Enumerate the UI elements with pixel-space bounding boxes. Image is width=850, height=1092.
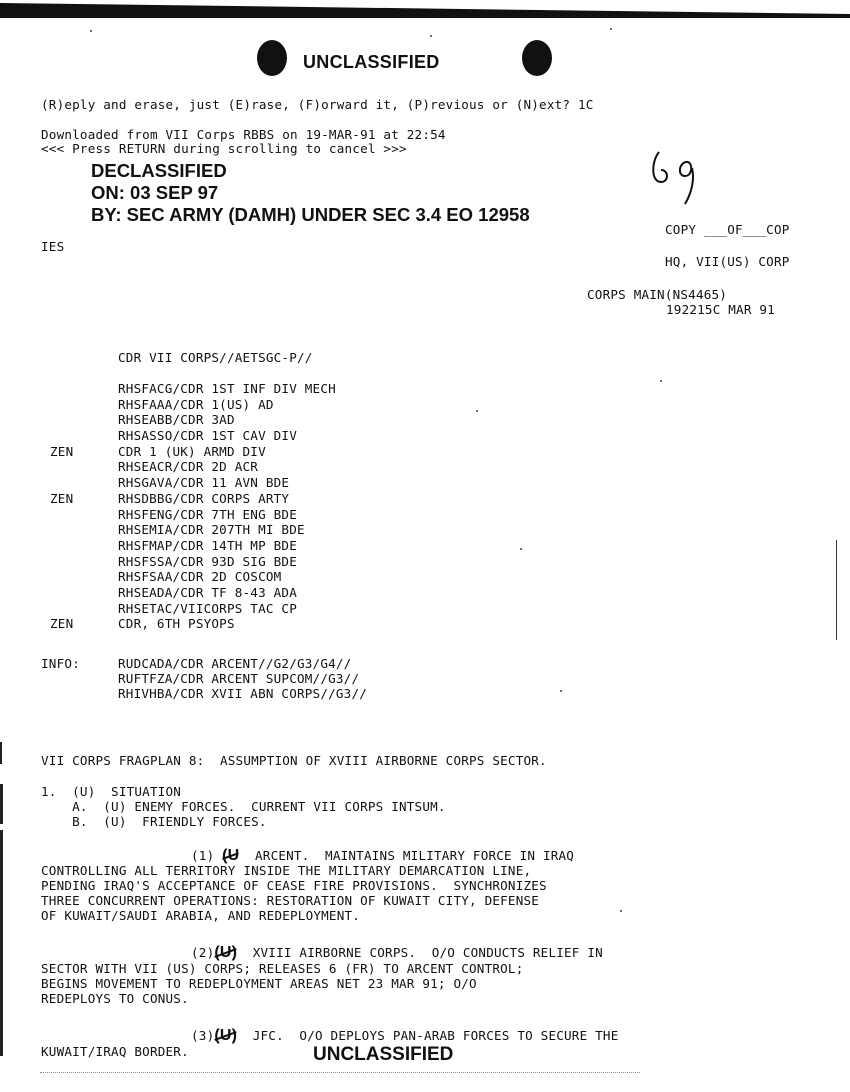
addressee-row: RHSEACR/CDR 2D ACR [0, 459, 600, 475]
sub-2-heading: XVIII AIRBORNE CORPS. O/O CONDUCTS RELIE… [237, 945, 603, 960]
routing-indicator: ZEN [50, 491, 73, 506]
scan-noise [660, 380, 662, 382]
routing-indicator: ZEN [50, 616, 73, 631]
addressee-row: RHSEMIA/CDR 207TH MI BDE [0, 522, 600, 538]
sub-1-first-line: (1) (U ARCENT. MAINTAINS MILITARY FORCE … [191, 848, 574, 863]
addressee-text: RHSFSAA/CDR 2D COSCOM [118, 569, 281, 584]
addressee-row: RHSFAAA/CDR 1(US) AD [0, 397, 600, 413]
sub-3-number: (3) [191, 1028, 214, 1043]
addressee-text: CDR, 6TH PSYOPS [118, 616, 235, 631]
punch-hole-right [522, 40, 552, 76]
scan-edge-mark [0, 830, 3, 1056]
info-addressee: RHIVHBA/CDR XVII ABN CORPS//G3// [118, 686, 367, 701]
sub-1-classification-mark: (U [222, 848, 239, 863]
sub-3-first-line: (3)(U) JFC. O/O DEPLOYS PAN-ARAB FORCES … [191, 1028, 619, 1043]
addressee-row: ZENCDR 1 (UK) ARMD DIV [0, 444, 600, 460]
copy-line: COPY ___OF___COP [665, 222, 790, 237]
addressee-row: RHSFSAA/CDR 2D COSCOM [0, 569, 600, 585]
addressee-row: RHSETAC/VIICORPS TAC CP [0, 601, 600, 617]
corps-main: CORPS MAIN(NS4465) [587, 287, 727, 302]
sub-2-first-line: (2)(U) XVIII AIRBORNE CORPS. O/O CONDUCT… [191, 945, 603, 960]
scan-noise [560, 690, 562, 692]
scan-noise [476, 410, 478, 412]
addressee-row: RHSFENG/CDR 7TH ENG BDE [0, 507, 600, 523]
addressee-text: RHSEADA/CDR TF 8-43 ADA [118, 585, 297, 600]
handwritten-mark [647, 140, 717, 214]
info-label: INFO: [41, 656, 80, 671]
addressee-row: RHSGAVA/CDR 11 AVN BDE [0, 475, 600, 491]
addressee-text: RHSFACG/CDR 1ST INF DIV MECH [118, 381, 336, 396]
sub-3-classification-mark: (U) [214, 1028, 237, 1043]
scan-noise [90, 30, 92, 32]
sub-2-number: (2) [191, 945, 214, 960]
scan-edge-mark-right [836, 540, 837, 640]
addressee-row: RHSFACG/CDR 1ST INF DIV MECH [0, 381, 600, 397]
date-time-group: 192215C MAR 91 [666, 302, 775, 317]
classification-top: UNCLASSIFIED [303, 52, 440, 73]
addressee-text: RHSFSSA/CDR 93D SIG BDE [118, 554, 297, 569]
subject-line: VII CORPS FRAGPLAN 8: ASSUMPTION OF XVII… [41, 753, 547, 768]
declassified-label: DECLASSIFIED [91, 160, 530, 182]
sub-1-number: (1) [191, 848, 214, 863]
addressee-text: RHSETAC/VIICORPS TAC CP [118, 601, 297, 616]
declassified-stamp: DECLASSIFIED ON: 03 SEP 97 BY: SEC ARMY … [91, 160, 530, 226]
addressee-text: CDR 1 (UK) ARMD DIV [118, 444, 266, 459]
declassified-date: ON: 03 SEP 97 [91, 182, 530, 204]
cancel-hint: <<< Press RETURN during scrolling to can… [41, 141, 407, 156]
para-1a-enemy-forces: A. (U) ENEMY FORCES. CURRENT VII CORPS I… [41, 799, 446, 814]
to-addressee-list: RHSFACG/CDR 1ST INF DIV MECH RHSFAAA/CDR… [0, 381, 600, 632]
addressee-text: RHSEACR/CDR 2D ACR [118, 459, 258, 474]
declassified-authority: BY: SEC ARMY (DAMH) UNDER SEC 3.4 EO 129… [91, 204, 530, 226]
addressee-text: RHSEABB/CDR 3AD [118, 412, 235, 427]
classification-bottom: UNCLASSIFIED [313, 1044, 453, 1066]
para-1-situation: 1. (U) SITUATION [41, 784, 181, 799]
sub-2-classification-mark: (U) [214, 945, 237, 960]
addressee-row: ZENRHSDBBG/CDR CORPS ARTY [0, 491, 600, 507]
scan-noise [430, 35, 432, 37]
addressee-text: RHSFAAA/CDR 1(US) AD [118, 397, 274, 412]
bbs-prompt: (R)eply and erase, just (E)rase, (F)orwa… [41, 97, 594, 112]
addressee-row: RHSEABB/CDR 3AD [0, 412, 600, 428]
punch-hole-left [257, 40, 287, 76]
scan-edge-mark [0, 784, 3, 824]
sub-3-heading: JFC. O/O DEPLOYS PAN-ARAB FORCES TO SECU… [237, 1028, 618, 1043]
sub-1-body: CONTROLLING ALL TERRITORY INSIDE THE MIL… [41, 863, 547, 923]
info-addressee: RUDCADA/CDR ARCENT//G2/G3/G4// [118, 656, 367, 671]
sub-1-heading: ARCENT. MAINTAINS MILITARY FORCE IN IRAQ [239, 848, 574, 863]
hq-line: HQ, VII(US) CORP [665, 254, 790, 269]
download-line: Downloaded from VII Corps RBBS on 19-MAR… [41, 127, 446, 142]
addressee-row: RHSFSSA/CDR 93D SIG BDE [0, 554, 600, 570]
info-addressee: RUFTFZA/CDR ARCENT SUPCOM//G3// [118, 671, 367, 686]
ies-fragment: IES [41, 239, 64, 254]
addressee-text: RHSEMIA/CDR 207TH MI BDE [118, 522, 305, 537]
addressee-text: RHSFMAP/CDR 14TH MP BDE [118, 538, 297, 553]
addressee-text: RHSASSO/CDR 1ST CAV DIV [118, 428, 297, 443]
scan-edge-mark [0, 742, 2, 764]
routing-indicator: ZEN [50, 444, 73, 459]
addressee-row: RHSFMAP/CDR 14TH MP BDE [0, 538, 600, 554]
info-addressee-list: RUDCADA/CDR ARCENT//G2/G3/G4// RUFTFZA/C… [118, 656, 367, 701]
addressee-text: RHSGAVA/CDR 11 AVN BDE [118, 475, 289, 490]
from-line: CDR VII CORPS//AETSGC-P// [118, 350, 313, 365]
scan-noise [620, 910, 622, 912]
para-1b-friendly-forces: B. (U) FRIENDLY FORCES. [41, 814, 267, 829]
addressee-row: RHSEADA/CDR TF 8-43 ADA [0, 585, 600, 601]
sub-3-body: KUWAIT/IRAQ BORDER. [41, 1044, 189, 1059]
sub-2-body: SECTOR WITH VII (US) CORPS; RELEASES 6 (… [41, 961, 524, 1006]
handwritten-69-icon [647, 140, 717, 210]
addressee-row: RHSASSO/CDR 1ST CAV DIV [0, 428, 600, 444]
addressee-text: RHSFENG/CDR 7TH ENG BDE [118, 507, 297, 522]
scan-noise [520, 548, 522, 550]
scan-noise-bottom [40, 1072, 640, 1074]
addressee-row: ZENCDR, 6TH PSYOPS [0, 616, 600, 632]
scan-noise [610, 28, 612, 30]
scan-top-bar [0, 0, 850, 24]
addressee-text: RHSDBBG/CDR CORPS ARTY [118, 491, 289, 506]
